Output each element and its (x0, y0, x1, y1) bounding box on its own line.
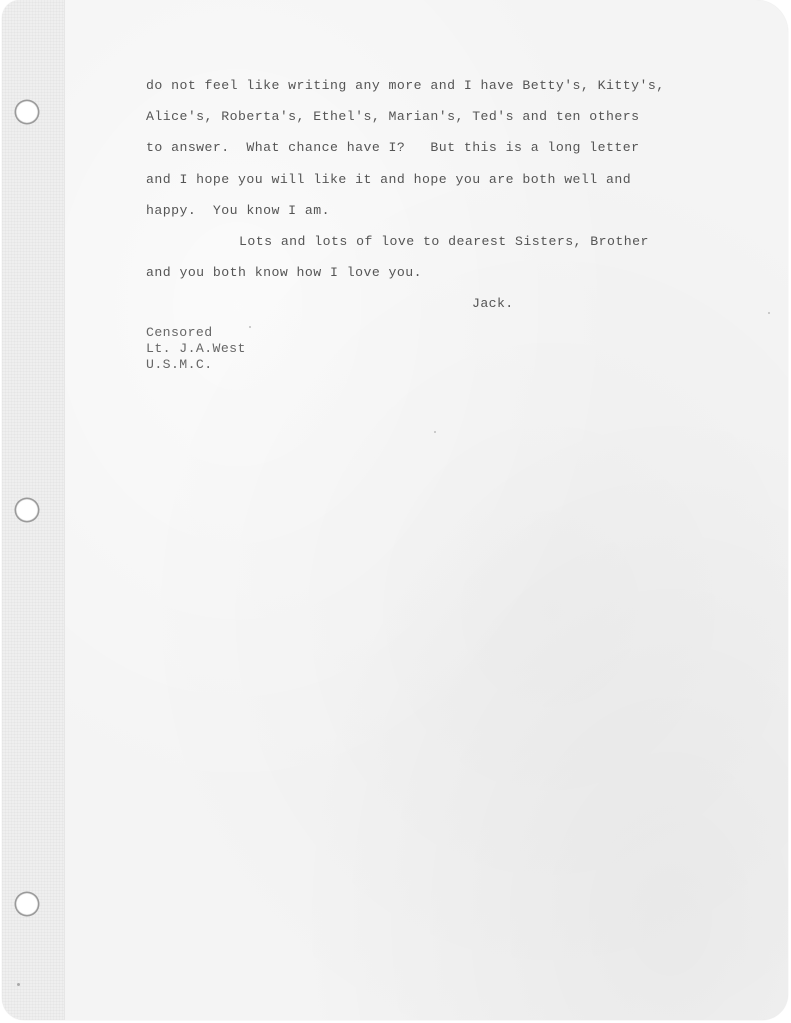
punch-hole-top (16, 101, 38, 123)
closing-paragraph-line: and you both know how I love you. (146, 263, 665, 294)
punch-hole-middle (16, 499, 38, 521)
censor-label: Censored (146, 325, 246, 341)
body-line: and I hope you will like it and hope you… (146, 170, 665, 201)
body-line: Alice's, Roberta's, Ethel's, Marian's, T… (146, 107, 665, 138)
paper-speck (249, 326, 251, 328)
censor-block: Censored Lt. J.A.West U.S.M.C. (146, 325, 246, 373)
paper-speck (434, 431, 436, 433)
censor-unit: U.S.M.C. (146, 357, 246, 373)
punch-hole-bottom (16, 893, 38, 915)
body-line: happy. You know I am. (146, 201, 665, 232)
signature: Jack. (472, 294, 514, 314)
censor-officer-name: Lt. J.A.West (146, 341, 246, 357)
closing-paragraph-line: Lots and lots of love to dearest Sisters… (146, 232, 665, 263)
body-line: to answer. What chance have I? But this … (146, 138, 665, 169)
letter-body: do not feel like writing any more and I … (146, 76, 665, 294)
body-line: do not feel like writing any more and I … (146, 76, 665, 107)
paper-speck (768, 312, 770, 314)
paper-speck (17, 983, 20, 986)
